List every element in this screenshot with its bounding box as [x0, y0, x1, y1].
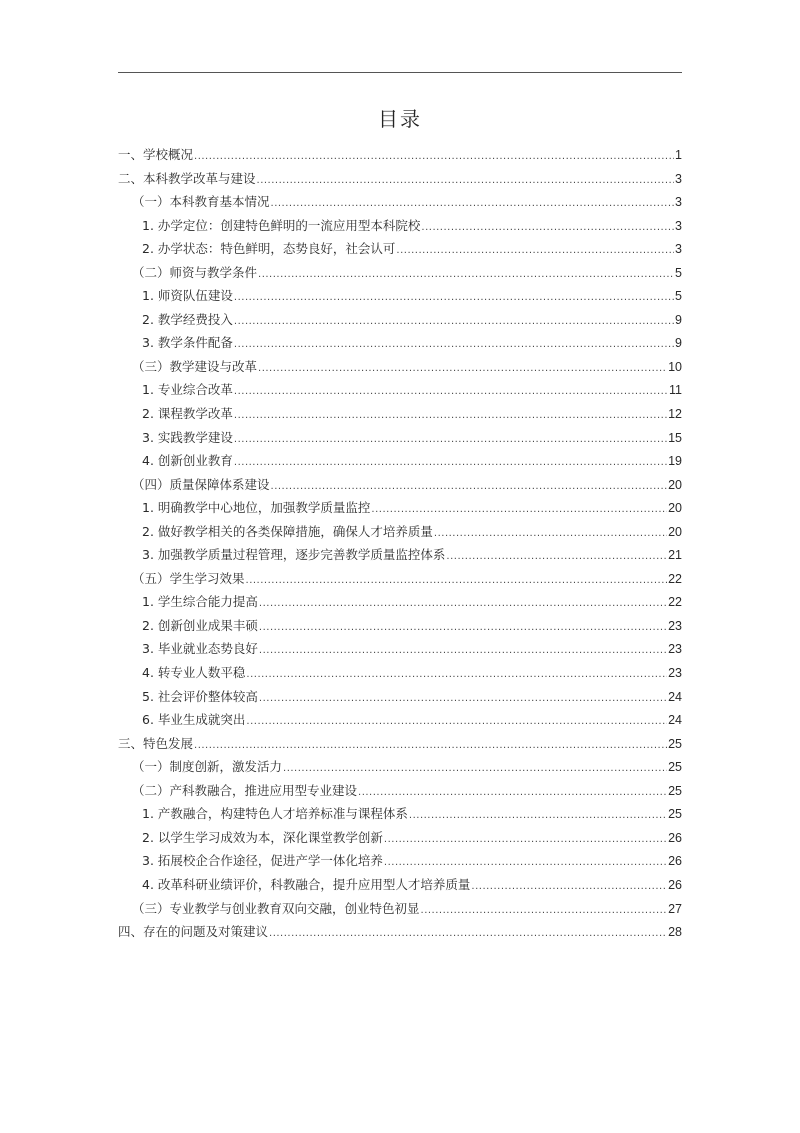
toc-entry-page-number: 11	[669, 379, 682, 403]
toc-entry[interactable]: 1. 办学定位：创建特色鲜明的一流应用型本科院校3	[118, 214, 682, 238]
toc-entry-page-number: 20	[668, 497, 682, 521]
toc-entry-page-number: 5	[675, 285, 682, 309]
dot-leader	[269, 922, 667, 946]
dot-leader	[358, 781, 667, 805]
toc-entry-page-number: 5	[675, 262, 682, 286]
toc-entry-label: 一、学校概况	[118, 143, 193, 167]
toc-entry-label: 1. 产教融合，构建特色人才培养标准与课程体系	[142, 802, 408, 826]
toc-entry-page-number: 9	[675, 332, 682, 356]
toc-entry-label: 1. 师资队伍建设	[142, 284, 233, 308]
dot-leader	[246, 663, 667, 687]
dot-leader	[409, 804, 667, 828]
toc-entry-label: 4. 创新创业教育	[142, 449, 233, 473]
toc-entry-page-number: 12	[668, 403, 682, 427]
toc-entry-page-number: 20	[668, 521, 682, 545]
toc-entry[interactable]: 1. 师资队伍建设5	[118, 284, 682, 308]
toc-entry[interactable]: 4. 创新创业教育19	[118, 449, 682, 473]
toc-entry[interactable]: 2. 课程教学改革12	[118, 402, 682, 426]
toc-entry[interactable]: 6. 毕业生成就突出24	[118, 708, 682, 732]
toc-entry-page-number: 3	[675, 238, 682, 262]
dot-leader	[234, 451, 667, 475]
toc-entry-label: （二）师资与教学条件	[132, 261, 257, 285]
toc-entry-page-number: 19	[668, 450, 682, 474]
toc-entry-page-number: 9	[675, 309, 682, 333]
toc-entry-label: 6. 毕业生成就突出	[142, 708, 245, 732]
toc-entry-page-number: 23	[668, 662, 682, 686]
toc-entry-label: 二、本科教学改革与建设	[118, 167, 256, 191]
toc-entry[interactable]: 4. 转专业人数平稳23	[118, 661, 682, 685]
dot-leader	[259, 616, 667, 640]
dot-leader	[471, 875, 667, 899]
toc-entry[interactable]: 二、本科教学改革与建设3	[118, 167, 682, 191]
toc-entry[interactable]: （二）产科教融合，推进应用型专业建设25	[118, 779, 682, 803]
toc-entry-page-number: 10	[668, 356, 682, 380]
toc-entry[interactable]: （一）制度创新，激发活力25	[118, 755, 682, 779]
toc-entry[interactable]: 3. 拓展校企合作途径，促进产学一体化培养26	[118, 849, 682, 873]
toc-entry-label: （一）制度创新，激发活力	[132, 755, 282, 779]
dot-leader	[234, 404, 667, 428]
toc-entry-label: 3. 加强教学质量过程管理，逐步完善教学质量监控体系	[142, 543, 445, 567]
toc-entry[interactable]: 3. 教学条件配备9	[118, 331, 682, 355]
dot-leader	[258, 263, 674, 287]
toc-entry-label: 4. 改革科研业绩评价，科教融合，提升应用型人才培养质量	[142, 873, 470, 897]
header-rule	[118, 72, 682, 73]
dot-leader	[234, 428, 667, 452]
toc-entry[interactable]: 1. 产教融合，构建特色人才培养标准与课程体系25	[118, 802, 682, 826]
toc-entry-page-number: 22	[668, 568, 682, 592]
dot-leader	[258, 357, 667, 381]
toc-entry-label: 3. 实践教学建设	[142, 426, 233, 450]
toc-entry[interactable]: 2. 创新创业成果丰硕23	[118, 614, 682, 638]
toc-entry-page-number: 20	[668, 474, 682, 498]
toc-entry-label: 2. 做好教学相关的各类保障措施，确保人才培养质量	[142, 520, 433, 544]
dot-leader	[384, 828, 667, 852]
toc-entry-page-number: 28	[668, 921, 682, 945]
toc-entry[interactable]: （四）质量保障体系建设20	[118, 473, 682, 497]
toc-entry-label: 四、存在的问题及对策建议	[118, 920, 268, 944]
toc-entry[interactable]: （二）师资与教学条件5	[118, 261, 682, 285]
toc-entry-page-number: 26	[668, 874, 682, 898]
toc-entry[interactable]: 1. 专业综合改革11	[118, 378, 682, 402]
dot-leader	[257, 169, 675, 193]
toc-entry-page-number: 25	[668, 780, 682, 804]
toc-entry-label: 2. 教学经费投入	[142, 308, 233, 332]
dot-leader	[271, 192, 675, 216]
dot-leader	[396, 239, 674, 263]
toc-entry-label: 3. 毕业就业态势良好	[142, 637, 258, 661]
dot-leader	[194, 734, 667, 758]
dot-leader	[421, 899, 668, 923]
toc-entry-label: 4. 转专业人数平稳	[142, 661, 245, 685]
toc-entry[interactable]: 1. 学生综合能力提高22	[118, 590, 682, 614]
toc-entry[interactable]: （一）本科教育基本情况3	[118, 190, 682, 214]
toc-entry-page-number: 23	[668, 615, 682, 639]
page-title: 目录	[0, 103, 800, 132]
toc-entry[interactable]: 3. 加强教学质量过程管理，逐步完善教学质量监控体系21	[118, 543, 682, 567]
toc-entry-label: 2. 办学状态：特色鲜明，态势良好，社会认可	[142, 237, 395, 261]
dot-leader	[446, 545, 667, 569]
dot-leader	[259, 592, 667, 616]
toc-entry[interactable]: 2. 做好教学相关的各类保障措施，确保人才培养质量20	[118, 520, 682, 544]
dot-leader	[246, 710, 667, 734]
toc-entry-page-number: 3	[675, 168, 682, 192]
dot-leader	[234, 310, 674, 334]
toc-entry[interactable]: 2. 以学生学习成效为本，深化课堂教学创新26	[118, 826, 682, 850]
toc-entry-page-number: 25	[668, 733, 682, 757]
toc-entry-label: （一）本科教育基本情况	[132, 190, 270, 214]
toc-entry-label: 2. 课程教学改革	[142, 402, 233, 426]
toc-entry-label: 3. 拓展校企合作途径，促进产学一体化培养	[142, 849, 383, 873]
toc-entry[interactable]: 四、存在的问题及对策建议28	[118, 920, 682, 944]
toc-entry[interactable]: 1. 明确教学中心地位，加强教学质量监控20	[118, 496, 682, 520]
toc-entry-page-number: 3	[675, 215, 682, 239]
toc-entry[interactable]: 3. 实践教学建设15	[118, 426, 682, 450]
dot-leader	[259, 639, 667, 663]
toc-entry-page-number: 25	[668, 803, 682, 827]
dot-leader	[271, 475, 668, 499]
toc-entry-label: 2. 以学生学习成效为本，深化课堂教学创新	[142, 826, 383, 850]
toc-entry[interactable]: （五）学生学习效果22	[118, 567, 682, 591]
toc-entry-label: 3. 教学条件配备	[142, 331, 233, 355]
toc-entry-label: （四）质量保障体系建设	[132, 473, 270, 497]
toc-entry-page-number: 15	[668, 427, 682, 451]
toc-entry-label: 1. 专业综合改革	[142, 378, 233, 402]
dot-leader	[259, 687, 667, 711]
toc-entry-page-number: 26	[668, 850, 682, 874]
toc-entry-page-number: 23	[668, 638, 682, 662]
toc-entry-label: 三、特色发展	[118, 732, 193, 756]
toc-entry[interactable]: 一、学校概况1	[118, 143, 682, 167]
toc-entry-page-number: 27	[668, 898, 682, 922]
toc-entry-label: （三）专业教学与创业教育双向交融，创业特色初显	[132, 897, 420, 921]
toc-entry-label: （二）产科教融合，推进应用型专业建设	[132, 779, 357, 803]
dot-leader	[421, 216, 674, 240]
dot-leader	[234, 286, 674, 310]
toc-entry[interactable]: 4. 改革科研业绩评价，科教融合，提升应用型人才培养质量26	[118, 873, 682, 897]
toc-entry-page-number: 22	[668, 591, 682, 615]
toc-entry-label: 1. 学生综合能力提高	[142, 590, 258, 614]
toc-entry[interactable]: （三）教学建设与改革10	[118, 355, 682, 379]
toc-entry[interactable]: 2. 教学经费投入9	[118, 308, 682, 332]
dot-leader	[283, 757, 667, 781]
dot-leader	[194, 145, 674, 169]
toc-entry-page-number: 24	[668, 709, 682, 733]
toc-entry-label: 1. 办学定位：创建特色鲜明的一流应用型本科院校	[142, 214, 420, 238]
toc-entry-label: （五）学生学习效果	[132, 567, 245, 591]
toc-entry-page-number: 26	[668, 827, 682, 851]
toc-entry-page-number: 1	[675, 144, 682, 168]
dot-leader	[434, 522, 667, 546]
dot-leader	[234, 333, 674, 357]
toc-entry[interactable]: 2. 办学状态：特色鲜明，态势良好，社会认可3	[118, 237, 682, 261]
dot-leader	[234, 380, 668, 404]
toc-entry-label: （三）教学建设与改革	[132, 355, 257, 379]
dot-leader	[246, 569, 668, 593]
toc-entry[interactable]: 3. 毕业就业态势良好23	[118, 637, 682, 661]
table-of-contents: 一、学校概况1二、本科教学改革与建设3（一）本科教育基本情况31. 办学定位：创…	[118, 143, 682, 944]
toc-entry-label: 2. 创新创业成果丰硕	[142, 614, 258, 638]
toc-entry[interactable]: （三）专业教学与创业教育双向交融，创业特色初显27	[118, 897, 682, 921]
toc-entry-page-number: 21	[668, 544, 682, 568]
dot-leader	[384, 851, 667, 875]
toc-entry-label: 1. 明确教学中心地位，加强教学质量监控	[142, 496, 370, 520]
dot-leader	[371, 498, 667, 522]
toc-entry[interactable]: 三、特色发展25	[118, 732, 682, 756]
toc-entry-page-number: 24	[668, 686, 682, 710]
toc-entry-label: 5. 社会评价整体较高	[142, 685, 258, 709]
toc-entry[interactable]: 5. 社会评价整体较高24	[118, 685, 682, 709]
toc-entry-page-number: 25	[668, 756, 682, 780]
toc-entry-page-number: 3	[675, 191, 682, 215]
